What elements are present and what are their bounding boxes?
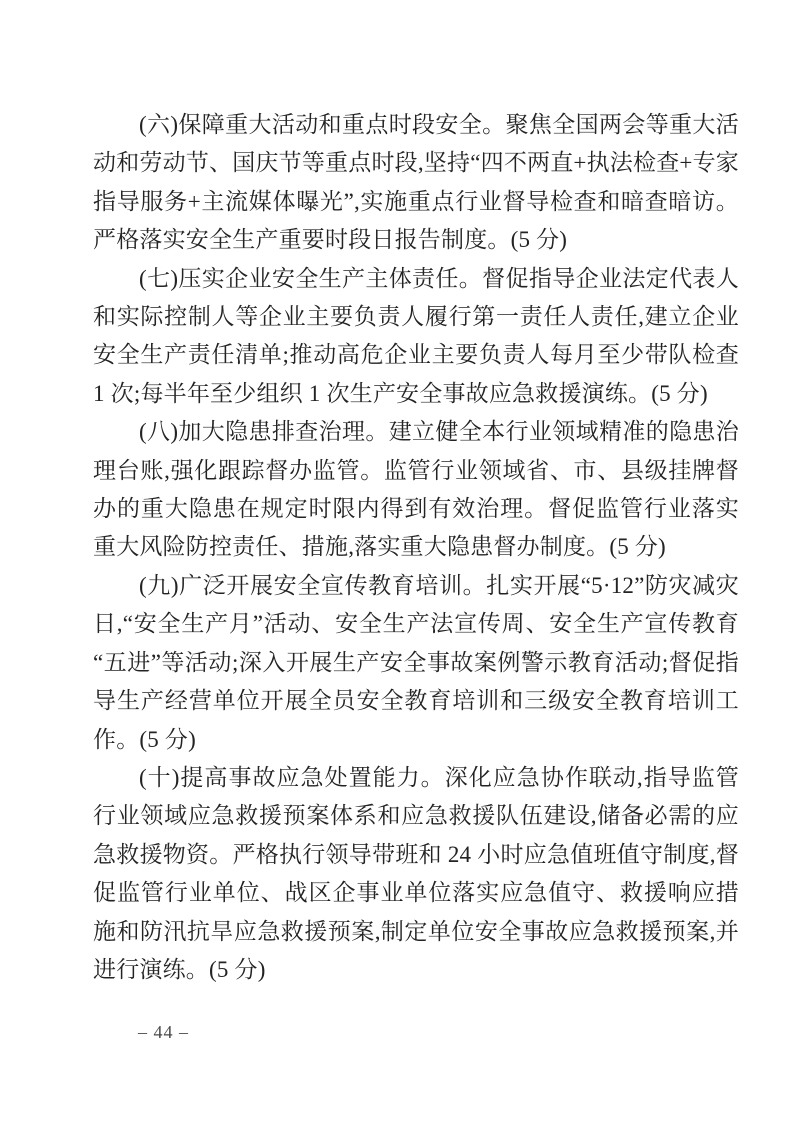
paragraph-item-8: (八)加大隐患排查治理。建立健全本行业领域精准的隐患治理台账,强化跟踪督办监管。…	[93, 413, 739, 567]
paragraph-item-7: (七)压实企业安全生产主体责任。督促指导企业法定代表人和实际控制人等企业主要负责…	[93, 260, 739, 414]
paragraph-item-10: (十)提高事故应急处置能力。深化应急协作联动,指导监管行业领域应急救援预案体系和…	[93, 759, 739, 989]
document-body: (六)保障重大活动和重点时段安全。聚焦全国两会等重大活动和劳动节、国庆节等重点时…	[93, 106, 739, 989]
paragraph-item-6: (六)保障重大活动和重点时段安全。聚焦全国两会等重大活动和劳动节、国庆节等重点时…	[93, 106, 739, 260]
paragraph-item-9: (九)广泛开展安全宣传教育培训。扎实开展“5·12”防灾减灾日,“安全生产月”活…	[93, 567, 739, 759]
page-number: – 44 –	[138, 1022, 189, 1043]
document-page: (六)保障重大活动和重点时段安全。聚焦全国两会等重大活动和劳动节、国庆节等重点时…	[0, 0, 793, 1122]
